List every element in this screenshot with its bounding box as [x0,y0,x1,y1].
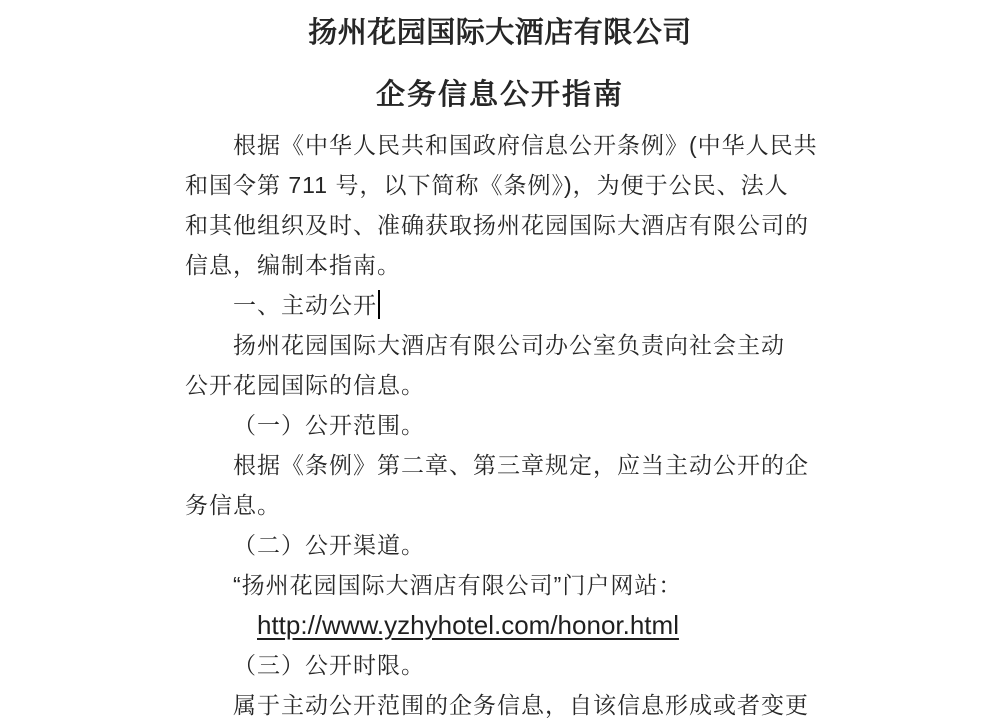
doc-line[interactable]: 根据《中华人民共和国政府信息公开条例》(中华人民共 [185,125,830,165]
doc-line[interactable]: 扬州花园国际大酒店有限公司办公室负责向社会主动 [185,325,830,365]
text-caret [378,290,380,319]
portal-url-link[interactable]: http://www.yzhyhotel.com/honor.html [257,610,679,640]
subsection-heading-channels[interactable]: （二）公开渠道。 [185,525,830,565]
subsection-heading-timeline[interactable]: （三）公开时限。 [185,645,830,685]
document-title[interactable]: 扬州花园国际大酒店有限公司 [0,10,1000,51]
document-page[interactable]: 扬州花园国际大酒店有限公司 企务信息公开指南 根据《中华人民共和国政府信息公开条… [0,0,1000,726]
doc-line[interactable]: 和国令第 711 号，以下简称《条例》)，为便于公民、法人 [185,165,830,205]
doc-line[interactable]: “扬州花园国际大酒店有限公司”门户网站： [185,565,830,605]
doc-line[interactable]: 公开花园国际的信息。 [185,365,830,405]
doc-line[interactable]: 根据《条例》第二章、第三章规定，应当主动公开的企 [185,445,830,485]
document-subtitle[interactable]: 企务信息公开指南 [0,72,1000,113]
doc-line-text: 一、主动公开 [233,292,377,318]
document-body: 根据《中华人民共和国政府信息公开条例》(中华人民共 和国令第 711 号，以下简… [185,125,830,725]
section-heading-active-disclosure[interactable]: 一、主动公开 [185,285,830,325]
doc-line[interactable]: 务信息。 [185,485,830,525]
doc-line[interactable]: 信息，编制本指南。 [185,245,830,285]
doc-line[interactable]: 和其他组织及时、准确获取扬州花园国际大酒店有限公司的 [185,205,830,245]
doc-line: http://www.yzhyhotel.com/honor.html [185,605,830,645]
subsection-heading-scope[interactable]: （一）公开范围。 [185,405,830,445]
doc-line[interactable]: 属于主动公开范围的企务信息，自该信息形成或者变更 [185,685,830,725]
